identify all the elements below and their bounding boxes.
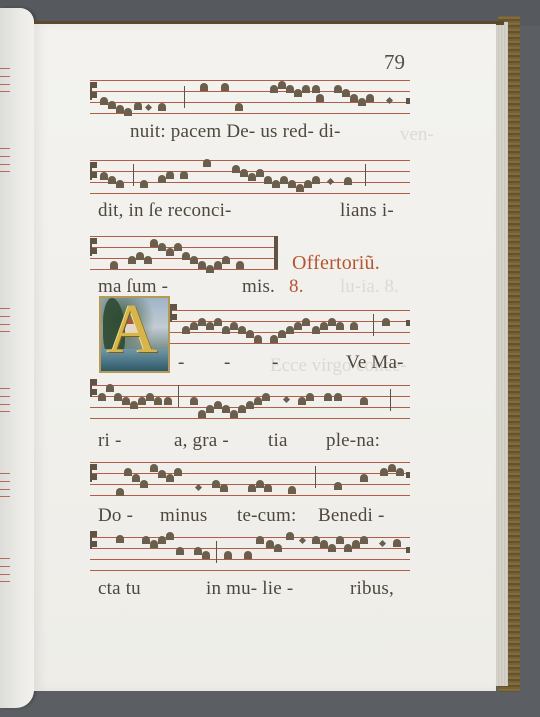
lyric-line-6d: Benedi - (318, 505, 385, 527)
lyric-line-7b: in mu- lie - (206, 578, 293, 600)
music-staff-6 (90, 462, 410, 496)
show-through-text: ven- (400, 124, 434, 146)
lyric-line-5c: tia (268, 430, 288, 452)
lyric-line-6c: te-cum: (237, 505, 296, 527)
music-staff-3 (90, 236, 278, 270)
lyric-line-5d: ple-na: (326, 430, 380, 452)
lyric-line-7a: cta tu (98, 578, 141, 600)
initial-letter: A (107, 296, 158, 370)
c-clef-icon (90, 464, 97, 482)
lyric-line-7c: ribus, (350, 578, 394, 600)
left-staff-fragment (0, 308, 10, 332)
left-page-edge (0, 8, 34, 708)
lyric-line-5a: ri - (98, 430, 121, 452)
c-clef-icon (90, 379, 97, 397)
left-staff-fragment (0, 68, 10, 92)
music-staff-2 (90, 160, 410, 194)
lyric-line-2a: dit, in ſe reconci- (98, 200, 232, 222)
lyric-line-6a: Do - (98, 505, 133, 527)
lyric-line-6b: minus (160, 505, 207, 527)
left-staff-fragment (0, 148, 10, 172)
lyric-dash: - (272, 352, 279, 374)
lyric-dash: - (178, 352, 185, 374)
lyric-line-2b: lians i- (340, 200, 394, 222)
lyric-line-3a: ma ſum - (98, 276, 168, 298)
page-number: 79 (384, 50, 405, 75)
rubric-offertorium: Offertoriũ. (292, 252, 380, 275)
music-staff-5 (90, 385, 410, 419)
lyric-line-5b: a, gra - (174, 430, 229, 452)
mode-number: 8. (289, 276, 304, 298)
lyric-line-1: nuit: pacem De- us red- di- (130, 121, 341, 143)
music-staff-1 (90, 80, 410, 114)
left-staff-fragment (0, 388, 10, 412)
music-staff-4 (170, 310, 410, 344)
c-clef-icon (90, 162, 97, 180)
left-staff-fragment (0, 558, 10, 582)
lyric-line-3b: mis. (242, 276, 275, 298)
c-clef-icon (90, 82, 97, 100)
music-staff-7 (90, 537, 410, 571)
lyric-dash: - (224, 352, 231, 374)
left-staff-fragment (0, 473, 10, 497)
c-clef-icon (170, 304, 177, 322)
c-clef-icon (90, 238, 97, 256)
c-clef-icon (90, 531, 97, 549)
show-through-text: lu-ia. 8. (340, 276, 399, 298)
illuminated-initial: A (99, 296, 170, 373)
lyric-line-4: Ve Ma- (346, 352, 404, 374)
